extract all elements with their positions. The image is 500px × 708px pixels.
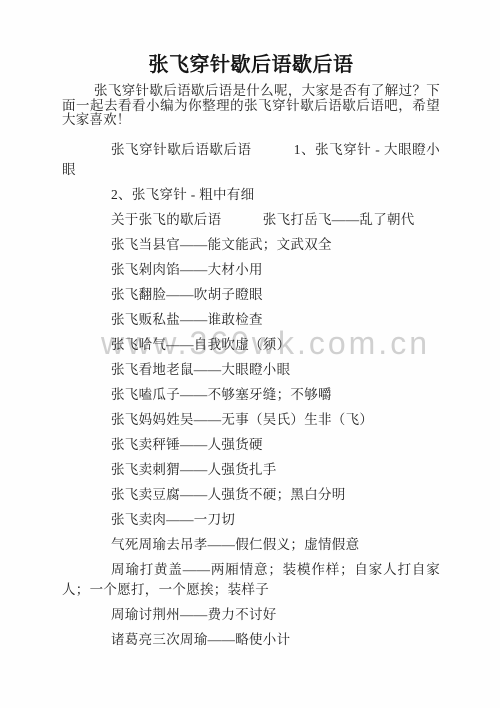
proverb-line: 张飞看地老鼠——大眼瞪小眼	[62, 360, 440, 380]
proverb-line: 张飞卖肉——一刀切	[62, 510, 440, 530]
proverb-line: 张飞卖秤锤——人强货硬	[62, 435, 440, 455]
proverb-line: 张飞卖豆腐——人强货不硬；黑白分明	[62, 485, 440, 505]
proverb-line: 张飞哈气——自我吹虚（须）	[62, 335, 440, 355]
proverb-line: 2、张飞穿针 - 粗中有细	[62, 185, 440, 205]
proverb-line: 关于张飞的歇后语 张飞打岳飞——乱了朝代	[62, 210, 440, 230]
document-page: www.360wk.com.cn 张飞穿针歇后语歇后语 张飞穿针歇后语歇后语是什…	[0, 0, 500, 708]
proverb-line: 周瑜讨荆州——费力不讨好	[62, 605, 440, 625]
document-title: 张飞穿针歇后语歇后语	[62, 53, 440, 77]
proverb-line: 张飞穿针歇后语歇后语 1、张飞穿针 - 大眼瞪小眼	[62, 140, 440, 180]
proverb-line: 张飞贩私盐——谁敢检查	[62, 310, 440, 330]
proverb-line: 张飞翻脸——吹胡子瞪眼	[62, 285, 440, 305]
proverb-line: 张飞卖刺猬——人强货扎手	[62, 460, 440, 480]
proverb-line: 诸葛亮三次周瑜——略使小计	[62, 630, 440, 650]
proverb-line: 张飞剁肉馅——大材小用	[62, 260, 440, 280]
proverb-line: 张飞当县官——能文能武；文武双全	[62, 235, 440, 255]
intro-paragraph: 张飞穿针歇后语歇后语是什么呢，大家是否有了解过？下面一起去看看小编为你整理的张飞…	[62, 84, 440, 128]
proverb-line: 周瑜打黄盖——两厢情意；装模作样；自家人打自家人；一个愿打，一个愿挨；装样子	[62, 560, 440, 600]
proverb-line: 气死周瑜去吊孝——假仁假义；虚情假意	[62, 535, 440, 555]
proverb-line: 张飞嗑瓜子——不够塞牙缝；不够嚼	[62, 385, 440, 405]
proverb-line: 张飞妈妈姓吴——无事（吴氏）生非（飞）	[62, 410, 440, 430]
document-content: 张飞穿针歇后语歇后语 张飞穿针歇后语歇后语是什么呢，大家是否有了解过？下面一起去…	[62, 53, 440, 650]
